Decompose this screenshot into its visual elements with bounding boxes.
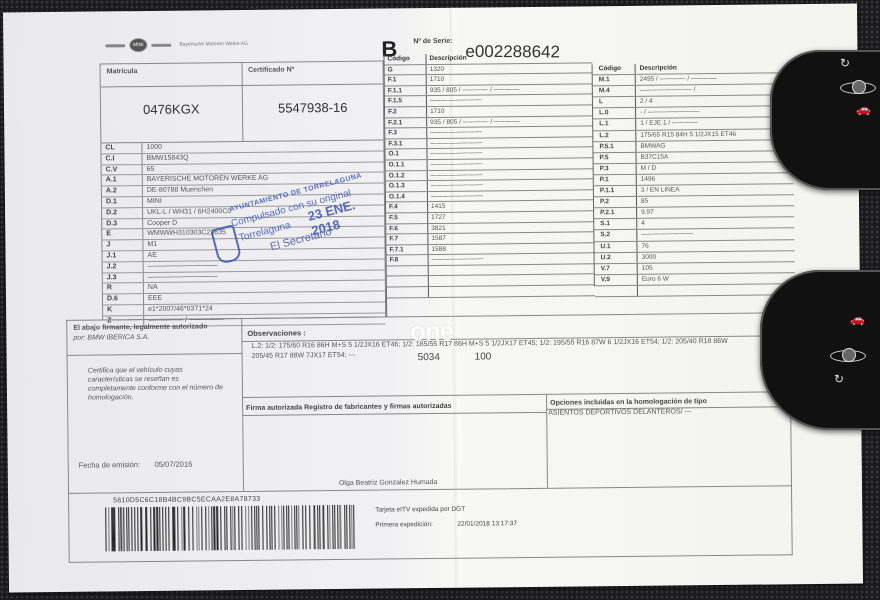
row-value: AE xyxy=(143,251,156,261)
row-code: C.V xyxy=(102,165,143,175)
mini-logo-icon xyxy=(830,350,866,362)
certificado-label: Certificado Nº xyxy=(248,66,294,73)
row-value: BMW15843Q xyxy=(142,153,188,163)
row-code: L.2 xyxy=(593,130,636,141)
firma-block: Firma autorizada Registro de fabricantes… xyxy=(242,394,548,491)
row-value xyxy=(429,287,432,297)
row-code: F.1.1 xyxy=(385,86,427,96)
brand-name: Bayerische Motoren Werke AG xyxy=(179,41,248,48)
row-value: Cooper D xyxy=(143,218,177,228)
row-value: ———————— / xyxy=(636,85,696,96)
row-code: U.1 xyxy=(594,241,637,252)
row-code: F.3.1 xyxy=(385,139,427,149)
fecha-value: 05/07/2016 xyxy=(155,460,193,469)
matricula-label: Matrícula xyxy=(107,68,138,75)
row-code: P.2 xyxy=(594,197,637,208)
row-code: L xyxy=(593,97,636,108)
row-value: 2 / 4 xyxy=(636,97,653,107)
row-code: J.1 xyxy=(102,251,143,261)
row-value: ———————— xyxy=(427,138,482,148)
row-value xyxy=(429,276,432,286)
row-value: 3 / EN LINEA xyxy=(637,185,680,196)
row-code: J.3 xyxy=(103,273,144,283)
row-value: ———————— xyxy=(427,128,482,138)
table-row xyxy=(595,284,795,297)
row-value: DE-80788 Muenchen xyxy=(143,185,213,196)
row-code: L.0 xyxy=(593,108,636,119)
logo-badge: MINI xyxy=(129,38,147,52)
row-value: ———————— xyxy=(429,255,484,265)
row-code xyxy=(595,286,638,297)
row-code: O.1.4 xyxy=(386,192,428,202)
logo-wing-left xyxy=(105,44,125,47)
row-code: E xyxy=(102,229,143,239)
row-value: 4 xyxy=(637,219,645,229)
row-value: ———————— xyxy=(428,170,483,180)
row-value: ———————— xyxy=(427,149,482,159)
trunk-icon: 🚗 xyxy=(850,312,865,326)
row-value: 935 / 805 / ———— / ———— xyxy=(427,85,520,96)
mini-logo-icon xyxy=(840,82,876,94)
row-value: 1496 xyxy=(637,175,656,185)
row-value: 9.97 xyxy=(637,208,654,218)
observaciones-block: Observaciones : L.2: 1/2: 175/60 R16 86H… xyxy=(241,313,790,398)
row-code: D.1 xyxy=(102,197,143,207)
row-value: M / D xyxy=(637,163,657,173)
primera-label: Primera expedición: xyxy=(375,521,433,529)
middle-code-table: Código Descripción G1320F.11710F.1.1935 … xyxy=(383,52,595,316)
row-code xyxy=(387,277,429,287)
firmante-block: El abajo firmante, legalmente autorizado… xyxy=(67,319,244,493)
logo-wing-right xyxy=(151,43,171,46)
row-code: O.1.2 xyxy=(386,171,428,181)
row-value xyxy=(429,266,432,276)
row-value: 76 xyxy=(637,241,648,251)
row-code: F.5 xyxy=(386,213,428,223)
row-code: P.5 xyxy=(593,153,636,164)
row-value: —————————— xyxy=(144,261,218,272)
row-value: ———————— xyxy=(428,159,483,169)
row-value: 3821 xyxy=(428,223,446,233)
barcode-text: 5610D5C6C18B4BC9BC5ECAA2E8A78733 xyxy=(113,496,260,505)
row-value: EEE xyxy=(144,294,162,304)
row-value: - / ———————— xyxy=(636,108,700,119)
row-code: V.9 xyxy=(595,275,638,286)
obs-number-1: 5034 xyxy=(418,352,440,363)
row-value: 85 xyxy=(637,197,648,207)
opciones-block: Opciones incluidas en la homologación de… xyxy=(546,391,791,488)
certifica-text: Certifica que el vehículo cuyas caracter… xyxy=(88,365,228,402)
row-value: ———————— xyxy=(428,181,483,191)
unlock-icon: ↻ xyxy=(840,56,850,70)
row-code: G xyxy=(385,65,427,75)
row-code: D.2 xyxy=(102,208,143,218)
barcode xyxy=(105,505,355,552)
row-value: 1 / EJE 1 / ———— xyxy=(636,119,698,130)
row-code: O.1 xyxy=(385,149,427,159)
row-value: ———————— xyxy=(637,230,693,241)
row-code: M.4 xyxy=(593,86,636,97)
table-row xyxy=(387,285,595,298)
row-code: V.7 xyxy=(595,264,638,275)
unlock-icon: ↻ xyxy=(834,372,844,386)
row-code: J xyxy=(102,240,143,250)
serie-label: Nº de Serie: xyxy=(413,38,452,45)
matricula-cell: Matrícula 0476KGX xyxy=(101,63,243,142)
row-code: F.4 xyxy=(386,202,428,212)
row-value: 935 / 805 / ———— / ———— xyxy=(427,117,520,128)
row-value: 2495 / ———— / ———— xyxy=(636,74,717,85)
row-code: S.2 xyxy=(594,230,637,241)
row-code xyxy=(387,287,429,297)
row-value: 1415 xyxy=(428,202,446,212)
certificado-value: 5547938-16 xyxy=(242,100,383,116)
row-code: C.I xyxy=(101,154,142,164)
right-code-table: Código Descripción M.12495 / ———— / ————… xyxy=(592,62,795,286)
car-key-fob-bottom: 🚗 ↻ xyxy=(760,270,880,430)
row-value: B37C15A xyxy=(636,152,668,162)
row-value: BAYERISCHE MOTOREN WERKE AG xyxy=(143,174,269,185)
row-code: F.2 xyxy=(385,107,427,117)
row-code: F.2.1 xyxy=(385,118,427,128)
row-value: 1727 xyxy=(428,213,446,223)
matricula-value: 0476KGX xyxy=(101,101,242,117)
row-value: BMWAG xyxy=(636,141,665,151)
row-code: P.1.1 xyxy=(594,186,637,197)
tarjeta-text: Tarjeta eITV expedida por DGT xyxy=(375,506,465,514)
row-code: J.2 xyxy=(103,262,144,272)
mini-logo: MINI Bayerische Motoren Werke AG xyxy=(105,37,248,52)
row-value: 105 xyxy=(638,263,653,273)
row-value: ———————— xyxy=(427,96,482,106)
row-value: 1320 xyxy=(427,64,445,74)
row-value: 65 xyxy=(143,165,155,175)
row-value xyxy=(638,286,642,296)
row-value: e1*2007/46*0371*24 xyxy=(144,304,213,315)
car-key-fob-top: ↻ 🚗 xyxy=(770,50,880,190)
observaciones-line-2: 205/45 R17 88W 7JX17 ET54; --- xyxy=(252,352,356,360)
row-value: ———————— xyxy=(428,191,483,201)
barcode-section: 5610D5C6C18B4BC9BC5ECAA2E8A78733 Tarjeta… xyxy=(68,484,793,563)
vehicle-registration-document: MINI Bayerische Motoren Werke AG B Nº de… xyxy=(3,4,863,593)
fecha-label: Fecha de emisión: xyxy=(79,460,140,470)
row-code: D.3 xyxy=(102,219,143,229)
row-code: P.3 xyxy=(594,164,637,175)
row-code: F.1.5 xyxy=(385,96,427,106)
row-value: M1 xyxy=(143,240,157,250)
primera-value: 22/01/2018 13:17:37 xyxy=(457,520,517,528)
row-code: K xyxy=(103,305,144,315)
certificado-cell: Certificado Nº 5547938-16 xyxy=(242,62,383,141)
row-value: 175/65 R15 84H 5 1/2JX15 ET46 xyxy=(636,129,736,140)
signer-name: Olga Beatriz Gonzalez Humada xyxy=(339,479,438,487)
row-value: NA xyxy=(144,283,158,293)
row-code: O.1.1 xyxy=(386,160,428,170)
obs-number-2: 100 xyxy=(475,351,492,362)
row-code: S.1 xyxy=(594,219,637,230)
por-value: BMW IBERICA S.A. xyxy=(87,334,149,342)
row-code: F.3 xyxy=(385,128,427,138)
row-code: A.2 xyxy=(102,186,143,196)
row-code: R xyxy=(103,283,144,293)
row-code: D.6 xyxy=(103,294,144,304)
row-value: Euro 6 W xyxy=(638,274,669,284)
row-value: 1587 xyxy=(428,234,446,244)
row-code: U.2 xyxy=(595,252,638,263)
row-code: F.1 xyxy=(385,75,427,85)
row-code: A.1 xyxy=(102,175,143,185)
row-value: 1710 xyxy=(427,75,445,85)
row-value: 1710 xyxy=(427,107,445,117)
row-value: —————————— xyxy=(144,272,218,283)
row-code: L.1 xyxy=(593,119,636,130)
watermark-logo: one xyxy=(410,316,453,347)
row-code: P.5.1 xyxy=(593,142,636,153)
row-value: 1000 xyxy=(142,143,162,153)
row-code: M.1 xyxy=(593,75,636,86)
opciones-value: ASIENTOS DEPORTIVOS DELANTEROS/ --- xyxy=(548,408,691,417)
trunk-icon: 🚗 xyxy=(856,102,871,116)
row-code: CL xyxy=(101,143,142,153)
row-code: P.2.1 xyxy=(594,208,637,219)
row-value: 3000 xyxy=(638,252,657,262)
row-code: O.1.3 xyxy=(386,181,428,191)
row-code: P.1 xyxy=(594,175,637,186)
row-value: MINI xyxy=(143,197,162,207)
row-value: 1588 xyxy=(428,245,446,255)
